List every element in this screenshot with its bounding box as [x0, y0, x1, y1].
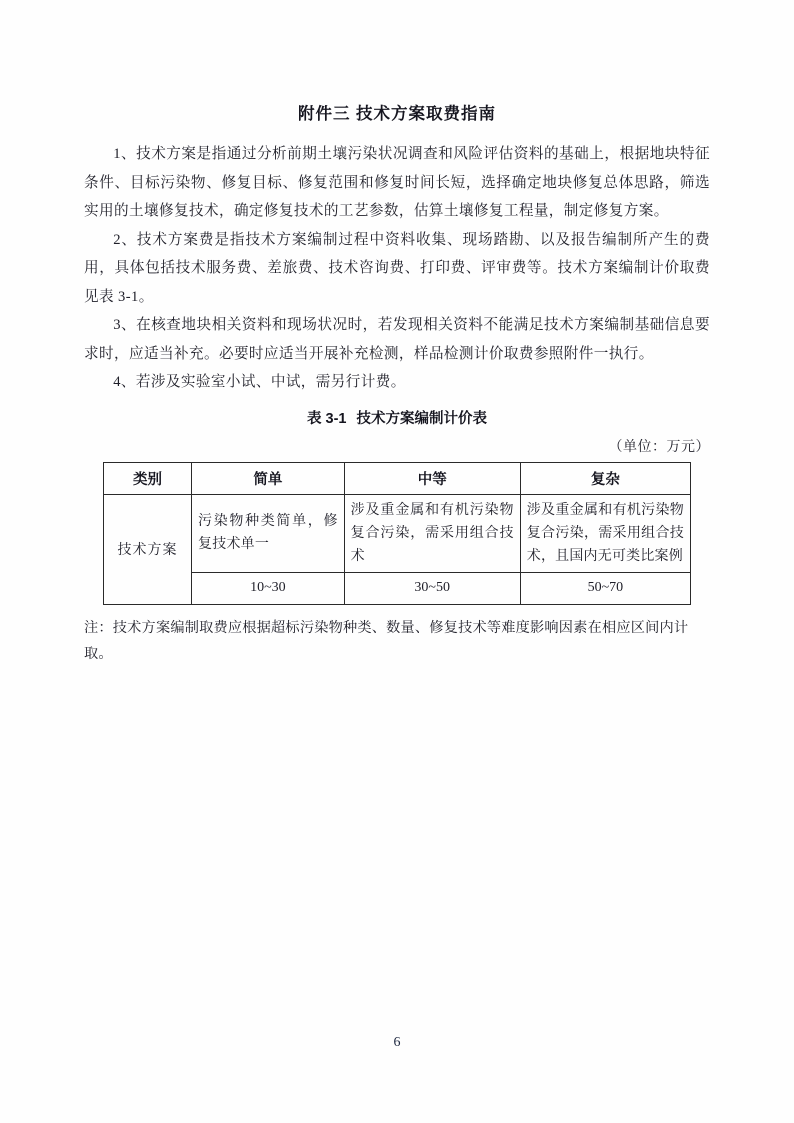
paragraph-2: 2、技术方案费是指技术方案编制过程中资料收集、现场踏勘、以及报告编制所产生的费用…	[84, 226, 710, 312]
table-header-row: 类别 简单 中等 复杂	[104, 462, 691, 494]
header-cell-medium: 中等	[344, 462, 520, 494]
document-content: 附件三 技术方案取费指南 1、技术方案是指通过分析前期土壤污染状况调查和风险评估…	[84, 100, 710, 667]
table-unit-note: （单位：万元）	[84, 436, 710, 456]
document-page: 附件三 技术方案取费指南 1、技术方案是指通过分析前期土壤污染状况调查和风险评估…	[0, 0, 794, 1123]
table-caption-title: 技术方案编制计价表	[357, 411, 488, 427]
desc-cell-complex: 涉及重金属和有机污染物复合污染，需采用组合技术，且国内无可类比案例	[520, 494, 690, 572]
header-cell-category: 类别	[104, 462, 192, 494]
paragraph-4: 4、若涉及实验室小试、中试，需另行计费。	[84, 368, 710, 397]
range-cell-medium: 30~50	[344, 572, 520, 604]
desc-cell-simple: 污染物种类简单，修复技术单一	[192, 494, 345, 572]
table-description-row: 技术方案 污染物种类简单，修复技术单一 涉及重金属和有机污染物复合污染，需采用组…	[104, 494, 691, 572]
header-cell-simple: 简单	[192, 462, 345, 494]
paragraph-1: 1、技术方案是指通过分析前期土壤污染状况调查和风险评估资料的基础上，根据地块特征…	[84, 140, 710, 226]
range-cell-complex: 50~70	[520, 572, 690, 604]
desc-cell-medium: 涉及重金属和有机污染物复合污染，需采用组合技术	[344, 494, 520, 572]
row-label-cell: 技术方案	[104, 494, 192, 604]
table-caption: 表 3-1技术方案编制计价表	[84, 407, 710, 428]
table-caption-label: 表 3-1	[307, 411, 347, 427]
table-note: 注：技术方案编制取费应根据超标污染物种类、数量、修复技术等难度影响因素在相应区间…	[84, 615, 710, 667]
paragraph-3: 3、在核查地块相关资料和现场状况时，若发现相关资料不能满足技术方案编制基础信息要…	[84, 311, 710, 368]
range-cell-simple: 10~30	[192, 572, 345, 604]
header-cell-complex: 复杂	[520, 462, 690, 494]
table-range-row: 10~30 30~50 50~70	[104, 572, 691, 604]
document-title: 附件三 技术方案取费指南	[84, 100, 710, 124]
pricing-table: 类别 简单 中等 复杂 技术方案 污染物种类简单，修复技术单一 涉及重金属和有机…	[103, 462, 691, 605]
page-number: 6	[0, 1035, 794, 1051]
